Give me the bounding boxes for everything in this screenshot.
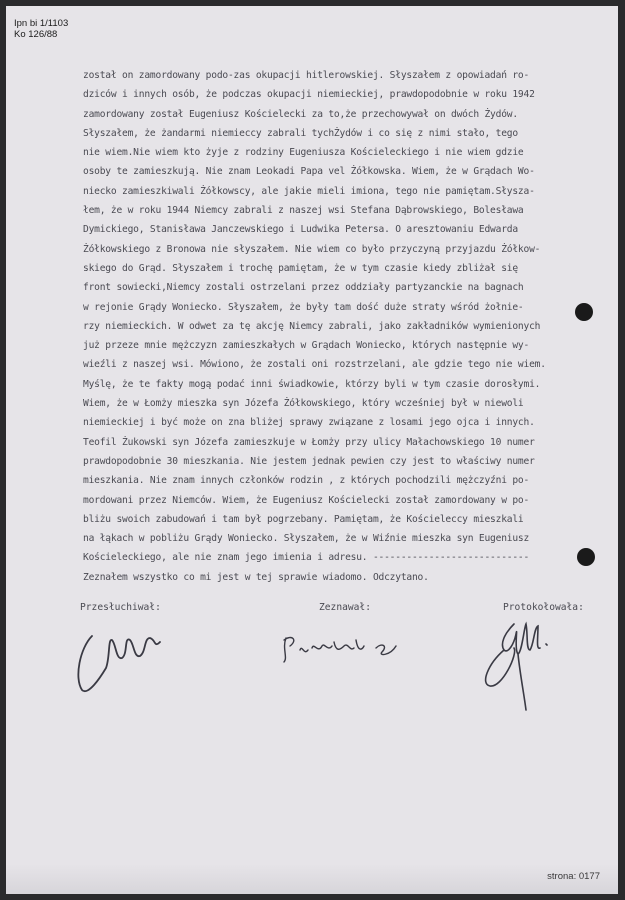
punch-hole [575, 303, 593, 321]
text-line: osoby te zamieszkują. Nie znam Leokadi P… [83, 162, 613, 181]
punch-hole [577, 548, 595, 566]
bleed-through-text [46, 696, 606, 731]
text-line: skiego do Grąd. Słyszałem i trochę pamię… [83, 259, 613, 278]
text-line: na łąkach w pobliżu Grądy Woniecko. Słys… [83, 529, 613, 548]
text-line: zamordowany został Eugeniusz Kościelecki… [83, 105, 613, 124]
archive-reference: Ipn bi 1/1103 Ko 126/88 [14, 18, 68, 40]
text-line: niecko zamieszkiwali Żółkowscy, ale jaki… [83, 182, 613, 201]
archive-reference-line: Ipn bi 1/1103 [14, 18, 68, 29]
interrogator-label: Przesłuchiwał: [80, 602, 161, 613]
text-line: już przeze mnie mężczyzn zamieszkałych w… [83, 336, 613, 355]
text-line: Teofil Żukowski syn Józefa zamieszkuje w… [83, 433, 613, 452]
text-line: mieszkania. Nie znam innych członków rod… [83, 471, 613, 490]
text-line: niemieckiej i być może on zna bliżej spr… [83, 413, 613, 432]
text-line: dziców i innych osób, że podczas okupacj… [83, 85, 613, 104]
text-line: prawdopodobnie 30 mieszkania. Nie jestem… [83, 452, 613, 471]
text-line: Myślę, że te fakty mogą podać inni świad… [83, 375, 613, 394]
text-line: Wiem, że w Łomży mieszka syn Józefa Żółk… [83, 394, 613, 413]
text-line: wieźli z naszej wsi. Mówiono, że zostali… [83, 355, 613, 374]
document-page: Ipn bi 1/1103 Ko 126/88 został on zamord… [6, 6, 618, 894]
text-line: bliżu swoich zabudowań i tam był pogrzeb… [83, 510, 613, 529]
text-line: Żółkowskiego z Bronowa nie słyszałem. Ni… [83, 240, 613, 259]
page-number: strona: 0177 [547, 871, 600, 882]
text-line: Dymickiego, Stanisława Janczewskiego i L… [83, 220, 613, 239]
witness-signature [278, 628, 408, 668]
witness-label: Zeznawał: [319, 602, 371, 613]
typed-testimony-text: został on zamordowany podo-zas okupacji … [83, 66, 613, 587]
text-line: Zeznałem wszystko co mi jest w tej spraw… [83, 568, 613, 587]
interrogator-signature [72, 618, 182, 698]
text-line: nie wiem.Nie wiem kto żyje z rodziny Eug… [83, 143, 613, 162]
text-line: mordowani przez Niemców. Wiem, że Eugeni… [83, 491, 613, 510]
recorder-label: Protokołowała: [503, 602, 584, 613]
archive-reference-line: Ko 126/88 [14, 29, 68, 40]
text-line: Kościeleckiego, ale nie znam jego imieni… [83, 548, 613, 567]
text-line: w rejonie Grądy Woniecko. Słyszałem, że … [83, 298, 613, 317]
text-line: rzy niemieckich. W odwet za tę akcję Nie… [83, 317, 613, 336]
text-line: front sowiecki,Niemcy zostali ostrzelani… [83, 278, 613, 297]
text-line: Słyszałem, że żandarmi niemieccy zabrali… [83, 124, 613, 143]
text-line: został on zamordowany podo-zas okupacji … [83, 66, 613, 85]
text-line: łem, że w roku 1944 Niemcy zabrali z nas… [83, 201, 613, 220]
